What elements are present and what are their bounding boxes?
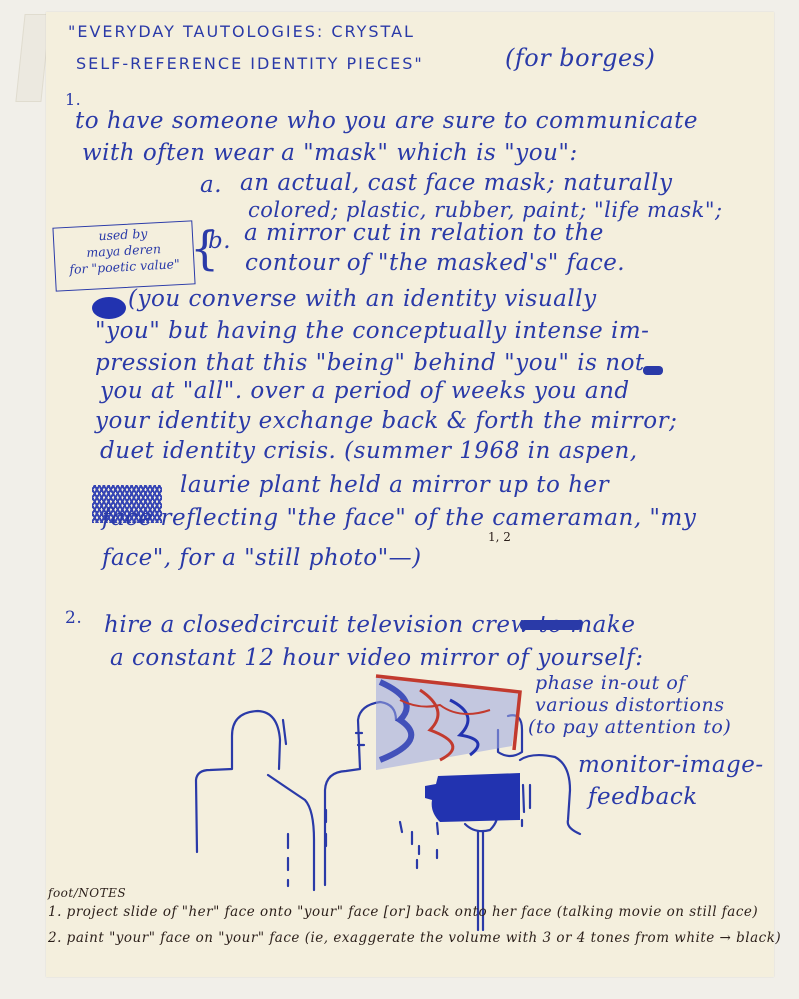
footnote-item: 1. project slide of "her" face onto "you… [48, 904, 758, 920]
footnotes-heading: foot/NOTES [48, 886, 126, 900]
camera-drawing [425, 773, 520, 822]
closed-circuit-tv-sketch [0, 0, 799, 999]
monitor-drawing [376, 676, 520, 770]
footnote-item: 2. paint "your" face on "your" face (ie,… [48, 930, 781, 946]
figure-outline [196, 711, 280, 852]
